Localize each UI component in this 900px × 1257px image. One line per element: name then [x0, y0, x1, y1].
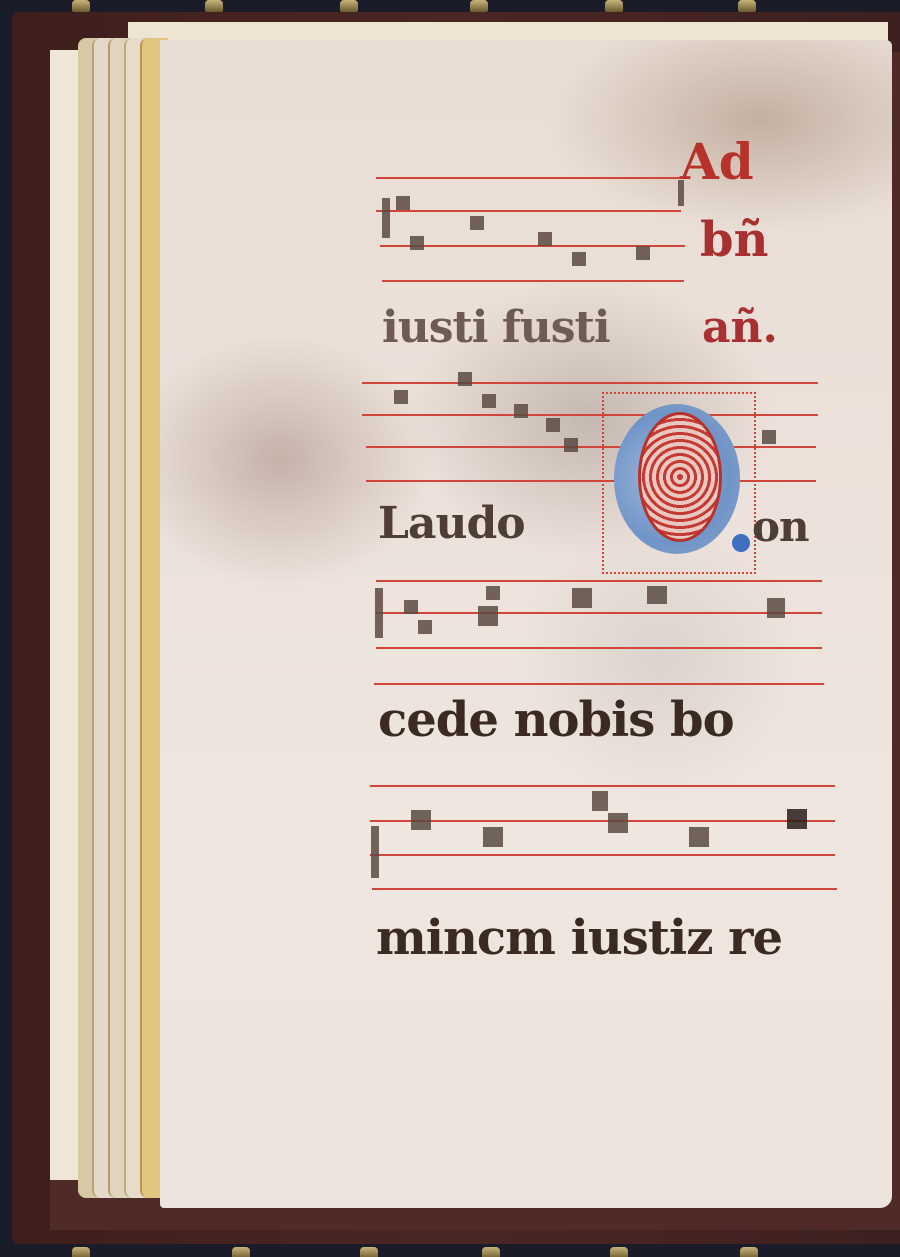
rubric-an: añ.	[702, 302, 778, 353]
rubric-bn: bñ	[700, 212, 768, 268]
clasp-knob	[205, 0, 223, 12]
neume	[564, 438, 578, 452]
neume	[482, 394, 496, 408]
staff-line	[372, 888, 837, 890]
clasp-knob	[740, 1247, 758, 1257]
neume	[592, 791, 608, 811]
neume	[483, 827, 503, 847]
neume	[514, 404, 528, 418]
staff-line	[376, 580, 822, 582]
neume	[410, 236, 424, 250]
clasp-knob	[482, 1247, 500, 1257]
neume	[470, 216, 484, 230]
staff-line	[370, 854, 835, 856]
staff-line	[376, 612, 822, 614]
neume	[411, 810, 431, 830]
neume	[647, 586, 667, 604]
neume	[767, 598, 785, 618]
clasp-knob	[72, 1247, 90, 1257]
neume	[572, 252, 586, 266]
lyric-line-2: Laudo	[378, 498, 525, 549]
staff-line	[370, 785, 835, 787]
staff-line	[376, 210, 681, 212]
staff-line	[376, 177, 681, 179]
clasp-knob	[340, 0, 358, 12]
neume	[762, 430, 776, 444]
neume	[404, 600, 418, 614]
neume	[572, 588, 592, 608]
staff-line	[376, 647, 822, 649]
lyric-line-2-continued: on	[752, 502, 809, 551]
clasp-knob	[738, 0, 756, 12]
neume	[608, 813, 628, 833]
staff-line	[382, 280, 684, 282]
clasp-knob	[72, 0, 90, 12]
neume	[458, 372, 472, 386]
illuminated-initial-o	[602, 392, 756, 574]
staff-line	[362, 382, 818, 384]
neume	[689, 827, 709, 847]
manuscript-page: iusti fusti Ad bñ añ. Laudo on c	[160, 40, 892, 1208]
neume	[486, 586, 500, 600]
staff-line	[374, 683, 824, 685]
initial-tail	[732, 534, 750, 552]
page-edges-stack	[78, 38, 168, 1198]
neume	[636, 246, 650, 260]
staff-line	[370, 820, 835, 822]
clef-mark	[375, 588, 383, 638]
clasp-knob	[360, 1247, 378, 1257]
neume	[396, 196, 410, 210]
clef-mark	[382, 198, 390, 238]
neume	[394, 390, 408, 404]
neume	[546, 418, 560, 432]
initial-red-filigree	[638, 412, 722, 542]
lyric-line-4: mincm iustiz re	[376, 910, 782, 966]
neume	[787, 809, 807, 829]
clasp-knob	[470, 0, 488, 12]
clasp-knob	[610, 1247, 628, 1257]
neume	[478, 606, 498, 626]
neume	[418, 620, 432, 634]
clef-mark	[371, 826, 379, 878]
clasp-knob	[232, 1247, 250, 1257]
lyric-line-3: cede nobis bo	[378, 692, 734, 748]
lyric-line-1: iusti fusti	[382, 302, 610, 353]
neume	[538, 232, 552, 246]
rubric-ad: Ad	[680, 132, 754, 191]
clasp-knob	[605, 0, 623, 12]
